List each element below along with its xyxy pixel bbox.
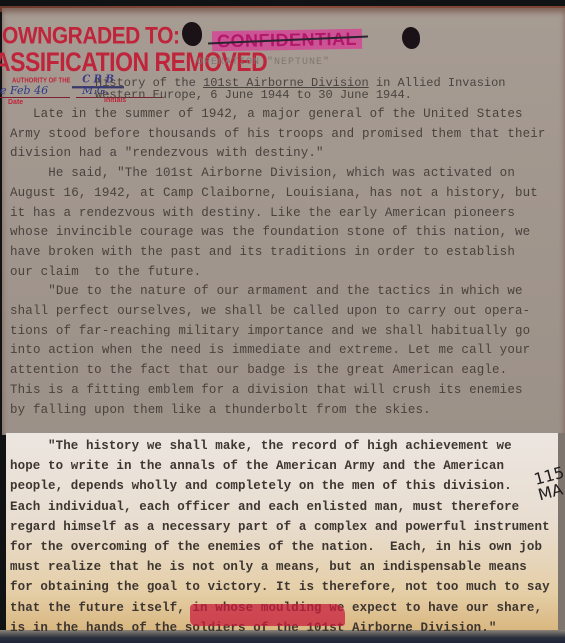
date-underline xyxy=(0,97,70,98)
text-line: "The history we shall make, the record o… xyxy=(10,436,550,456)
text-line: "Due to the nature of our armament and t… xyxy=(10,282,546,302)
date-handwritten: e Feb 46 xyxy=(0,84,48,97)
text-line: August 16, 1942, at Camp Claiborne, Loui… xyxy=(10,184,546,204)
text-line: must realize that he is not only a means… xyxy=(10,557,550,577)
text-line: have broken with the past and its tradit… xyxy=(10,243,546,263)
text-line: Late in the summer of 1942, a major gene… xyxy=(10,105,546,125)
text-line: by falling upon them like a thunderbolt … xyxy=(10,401,546,421)
text-line: He said, "The 101st Airborne Division, w… xyxy=(10,164,546,184)
text-line: Army stood before thousands of his troop… xyxy=(10,125,546,145)
text-line: Each individual, each officer and each e… xyxy=(10,497,550,517)
text-line: into action when the need is immediate a… xyxy=(10,341,546,361)
document-title: History of the 101st Airborne Division i… xyxy=(95,77,506,101)
confidential-stamp: CONFIDENTIAL xyxy=(212,29,362,52)
text-line: tions of far-reaching military importanc… xyxy=(10,322,546,342)
text-line: it has a rendezvous with destiny. Like t… xyxy=(10,204,546,224)
text-line: regard himself as a necessary part of a … xyxy=(10,517,550,537)
text-line: for obtaining the goal to victory. It is… xyxy=(10,577,550,597)
text-line: whose invincible courage was the foundat… xyxy=(10,223,546,243)
text-line: people, depends wholly and completely on… xyxy=(10,476,550,496)
body-text-upper: Late in the summer of 1942, a major gene… xyxy=(10,105,546,420)
text-line: shall perfect ourselves, we shall be cal… xyxy=(10,302,546,322)
operation-heading: OPERATION "NEPTUNE" xyxy=(197,57,330,68)
text-line: attention to the fact that our badge is … xyxy=(10,361,546,381)
text-line: for the overcoming of the enemies of the… xyxy=(10,537,550,557)
text-line: hope to write in the annals of the Ameri… xyxy=(10,456,550,476)
title-line2: Western Europe, 6 June 1944 to 30 June 1… xyxy=(95,88,412,102)
punch-hole xyxy=(182,22,202,46)
text-line: division had a "rendezvous with destiny.… xyxy=(10,144,546,164)
text-line: This is a fitting emblem for a division … xyxy=(10,381,546,401)
red-ink-smudge xyxy=(190,604,345,626)
text-line: our claim to the future. xyxy=(10,263,546,283)
punch-hole xyxy=(402,27,420,49)
